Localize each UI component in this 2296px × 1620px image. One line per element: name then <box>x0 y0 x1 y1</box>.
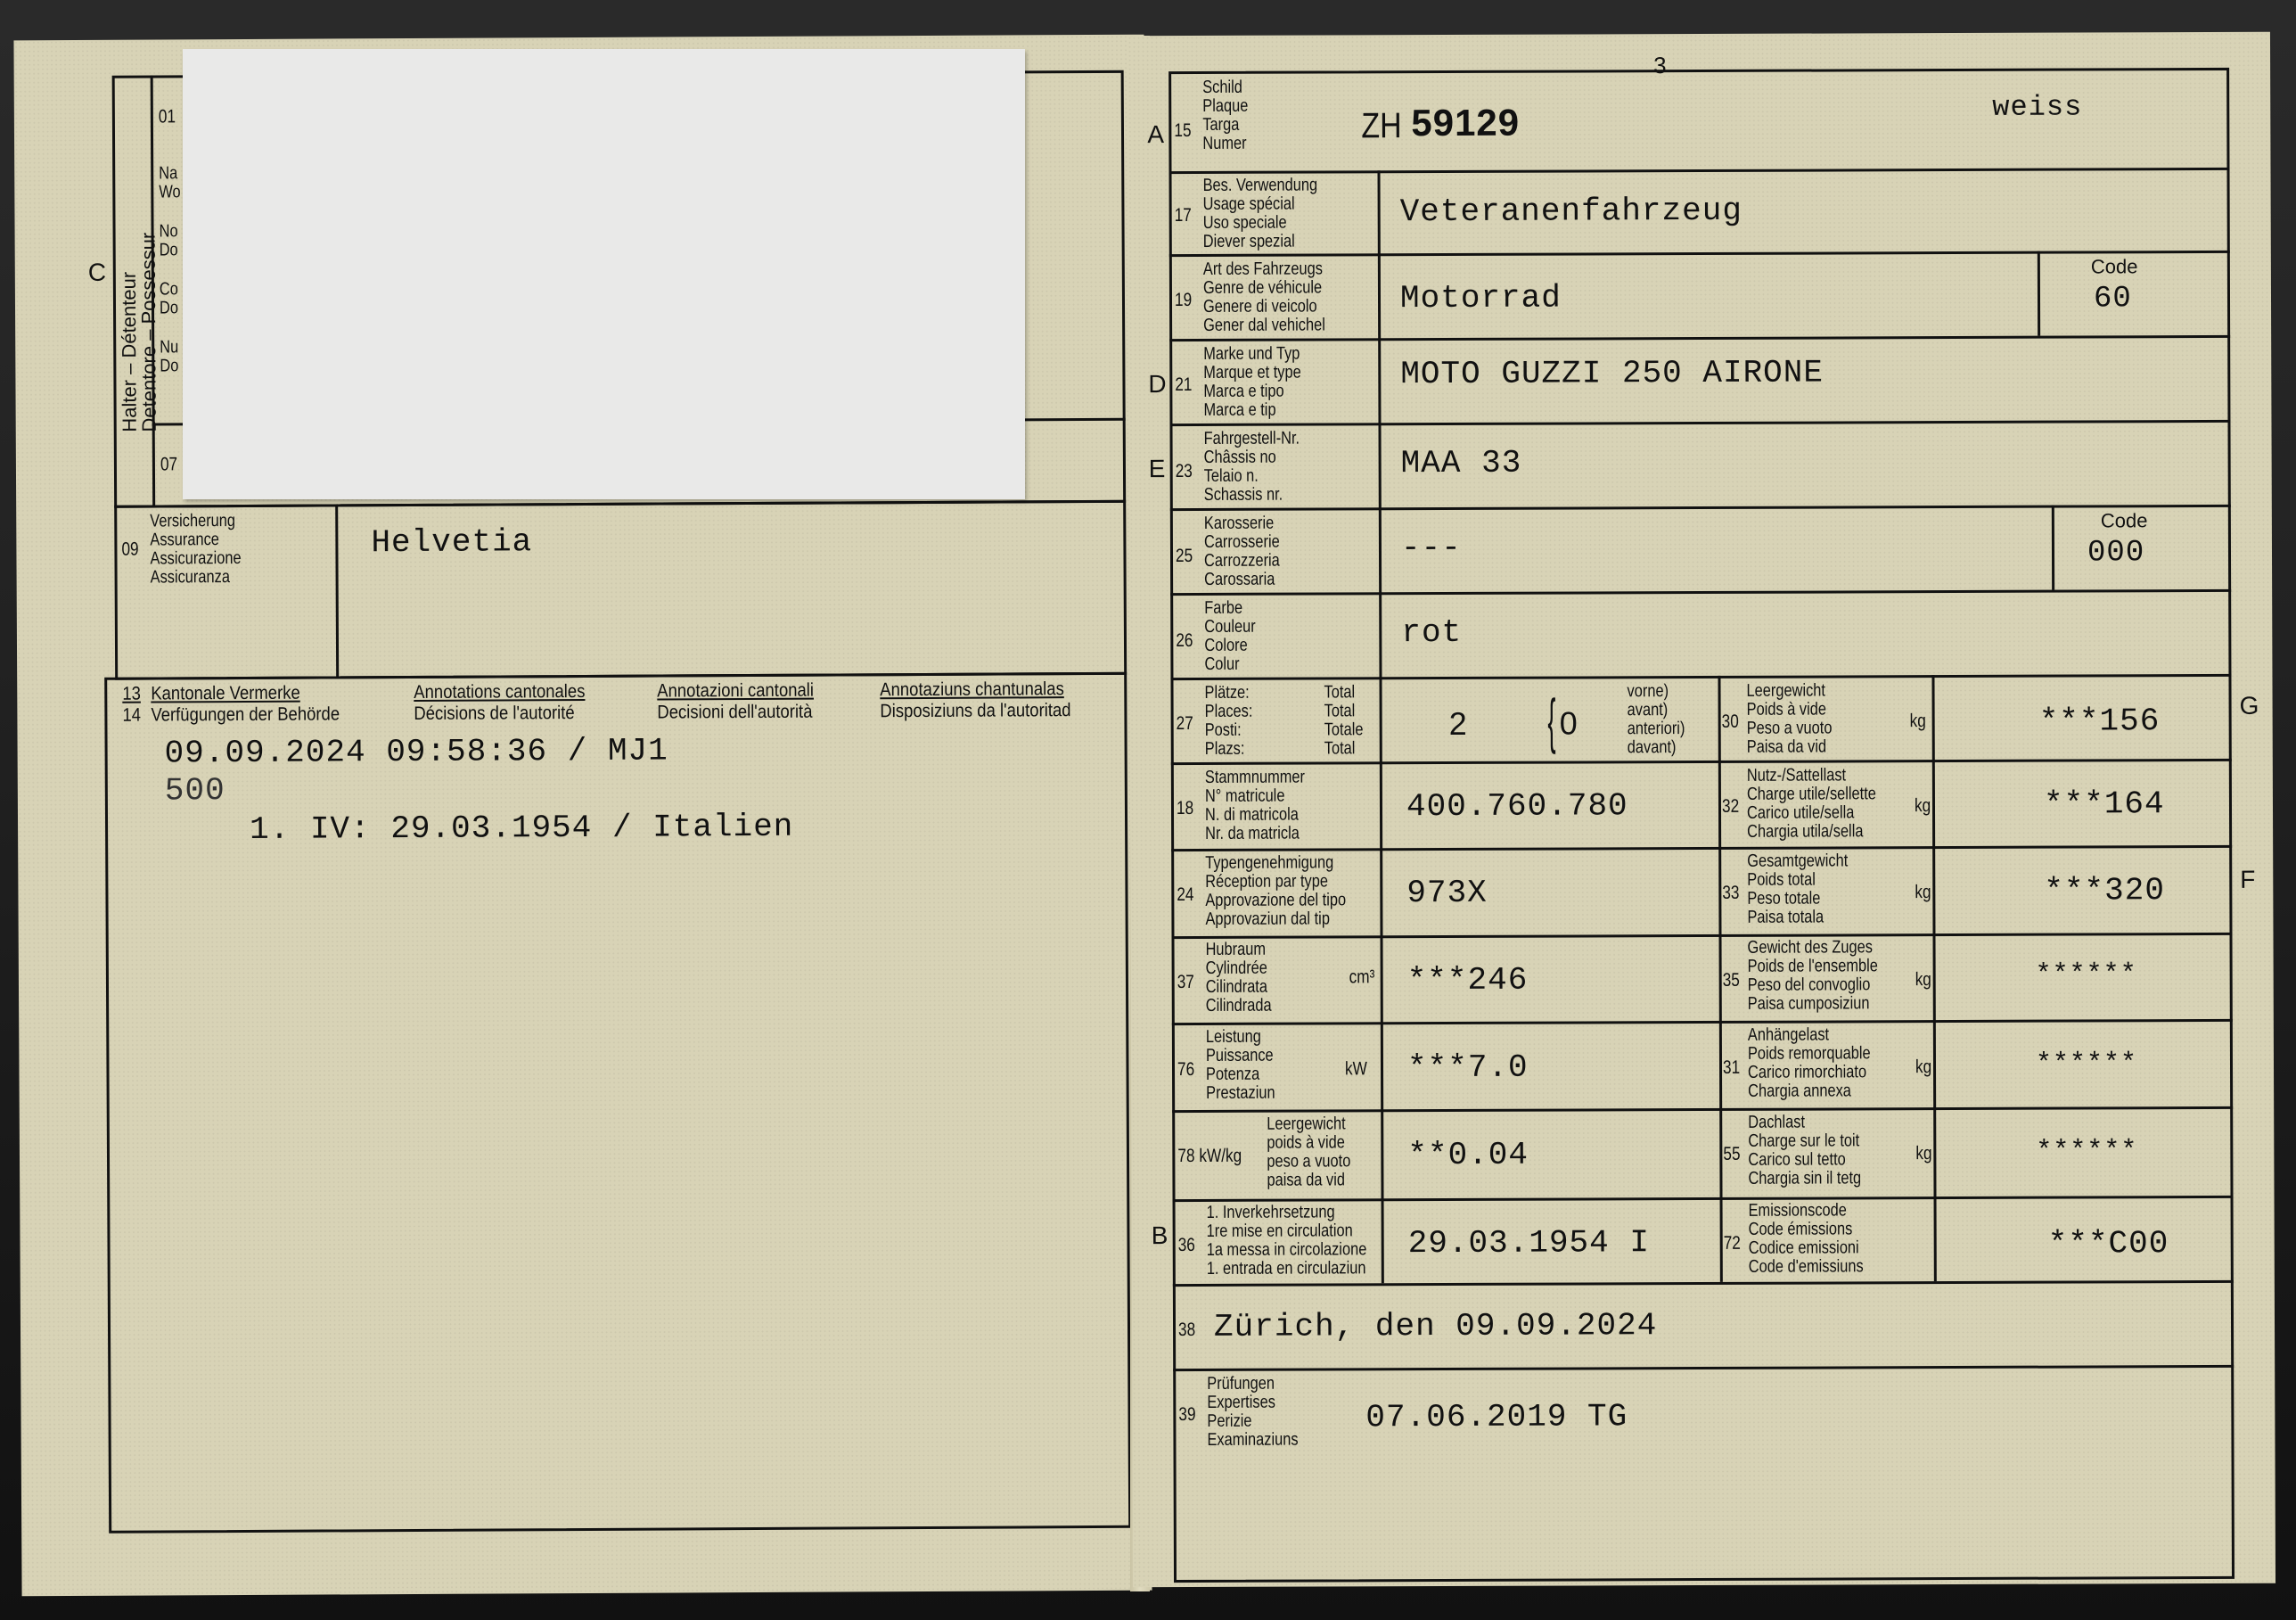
special-use-value: Veteranenfahrzeug <box>1400 193 1742 230</box>
power-weight-label-rm: paisa da vid <box>1267 1170 1345 1189</box>
seats-front-label-rm: davant) <box>1628 737 1677 757</box>
displacement-label-fr: Cylindrée <box>1206 958 1267 978</box>
holder-row-number-l2: Do <box>160 356 178 375</box>
emission-code-value: ***C00 <box>2048 1225 2169 1262</box>
inspections-label-de: Prüfungen <box>1207 1374 1275 1394</box>
seats-num: 27 <box>1177 713 1193 735</box>
type-approval-value: 973X <box>1406 875 1488 911</box>
seats-front-label-it: anteriori) <box>1628 719 1685 738</box>
holder-row-number-l1: Nu <box>160 337 178 357</box>
roof-load-unit: kg <box>1915 1143 1931 1164</box>
annotations-heading-it-top: Annotazioni cantonali <box>657 680 814 702</box>
code-divider <box>2038 251 2040 336</box>
seats-label-rm: Plazs: <box>1205 739 1245 759</box>
inspections-label-fr: Expertises <box>1207 1393 1275 1412</box>
train-weight-label-rm: Paisa cumposiziun <box>1748 993 1870 1013</box>
inspections-num: 39 <box>1178 1404 1195 1426</box>
empty-weight-label-fr: Poids à vide <box>1747 700 1826 720</box>
master-number-value: 400.760.780 <box>1406 787 1628 825</box>
master-number-label-rm: Nr. da matricla <box>1205 824 1300 843</box>
inspections-label-rm: Examinaziuns <box>1207 1430 1298 1450</box>
annotation-line-timestamp: 09.09.2024 09:58:36 / MJ1 <box>165 732 668 771</box>
empty-weight-unit: kg <box>1910 711 1926 732</box>
special-use-label-fr: Usage spécial <box>1203 194 1295 214</box>
annotation-line-code: 500 <box>165 772 225 809</box>
holder-row-name: NaWo <box>159 164 181 201</box>
seats-total-labels: TotalTotalTotaleTotal <box>1324 683 1364 758</box>
first-registration-num: 36 <box>1178 1235 1195 1256</box>
roof-load-labels: DachlastCharge sur le toitCarico sul tet… <box>1748 1113 1861 1188</box>
payload-num: 32 <box>1722 796 1739 818</box>
plate-number: 59129 <box>1411 102 1520 144</box>
displacement-num: 37 <box>1177 972 1194 993</box>
side-letter-e: E <box>1149 455 1166 483</box>
vehicle-type-code-label: Code <box>2091 255 2138 278</box>
displacement-labels: HubraumCylindréeCilindrataCilindrada <box>1206 941 1272 1016</box>
body-code-label: Code <box>2101 509 2148 532</box>
payload-labels: Nutz-/SattellastCharge utile/selletteCar… <box>1747 766 1876 842</box>
vehicle-type-label-rm: Gener dal vehichel <box>1203 315 1325 334</box>
color-num: 26 <box>1176 630 1193 652</box>
annotations-heading-fr-bottom: Décisions de l'autorité <box>414 703 574 724</box>
train-weight-label-de: Gewicht des Zuges <box>1748 937 1873 957</box>
empty-weight-value: ***156 <box>2039 703 2161 739</box>
displacement-label-de: Hubraum <box>1206 940 1267 959</box>
holder-row-postcode-l2: Do <box>160 298 178 317</box>
holder-row-postcode-l1: Co <box>160 279 178 299</box>
seats-total-label-fr: Total <box>1324 701 1356 720</box>
total-weight-label-de: Gesamtgewicht <box>1747 851 1848 870</box>
power-weight-unit: kW/kg <box>1199 1146 1242 1167</box>
plate-canton: ZH <box>1361 106 1401 146</box>
plate-label-de: Schild <box>1202 78 1242 97</box>
first-registration-labels: 1. Inverkehrsetzung1re mise en circulati… <box>1207 1203 1367 1279</box>
empty-weight-label-de: Leergewicht <box>1746 681 1825 701</box>
body-label-it: Carrozzeria <box>1204 551 1280 571</box>
holder-row-name-l1: Na <box>159 163 177 183</box>
first-registration-value: 29.03.1954 I <box>1408 1224 1650 1262</box>
vehicle-type-code: 60 <box>2094 282 2132 316</box>
color-label-it: Colore <box>1204 636 1247 655</box>
power-weight-label-fr: poids à vide <box>1267 1132 1345 1152</box>
inspections-labels: PrüfungenExpertisesPerizieExaminaziuns <box>1207 1375 1298 1450</box>
seats-total-label-it: Totale <box>1324 720 1364 739</box>
total-weight-num: 33 <box>1722 883 1739 904</box>
type-approval-num: 24 <box>1177 884 1193 906</box>
seats-front-value: 0 <box>1560 704 1578 742</box>
roof-load-label-rm: Chargia sin il tetg <box>1748 1168 1861 1188</box>
body-labels: KarosserieCarrosserieCarrozzeriaCarossar… <box>1204 514 1280 589</box>
plate-label-rm: Numer <box>1202 134 1246 153</box>
side-letter-d: D <box>1148 370 1166 399</box>
annotations-heading-rm-top: Annotaziuns chantunalas <box>880 678 1064 700</box>
power-label-it: Potenza <box>1206 1065 1259 1084</box>
total-weight-unit: kg <box>1915 882 1931 903</box>
body-label-fr: Carrosserie <box>1204 532 1280 552</box>
vehicle-type-label-it: Genere di veicolo <box>1203 297 1317 317</box>
total-weight-value: ***320 <box>2044 872 2165 909</box>
place-date-num: 38 <box>1178 1320 1195 1341</box>
plate-num: 15 <box>1174 120 1191 142</box>
body-value: --- <box>1401 530 1462 566</box>
displacement-label-it: Cilindrata <box>1206 977 1267 997</box>
towing-load-label-de: Anhängelast <box>1748 1025 1829 1045</box>
insurance-num: 09 <box>121 539 138 561</box>
place-date-value: Zürich, den 09.09.2024 <box>1214 1307 1657 1345</box>
seats-front-labels: vorne)avant)anteriori)davant) <box>1628 682 1685 757</box>
special-use-label-de: Bes. Verwendung <box>1203 175 1318 194</box>
towing-load-label-rm: Chargia annexa <box>1748 1081 1851 1100</box>
payload-label-it: Carico utile/sella <box>1747 802 1854 822</box>
insurance-labels: Versicherung Assurance Assicurazione Ass… <box>150 512 242 588</box>
roof-load-label-de: Dachlast <box>1748 1113 1805 1132</box>
holder-row-number: NuDo <box>160 338 178 375</box>
make-model-label-it: Marca e tipo <box>1203 382 1283 401</box>
towing-load-label-fr: Poids remorquable <box>1748 1043 1871 1063</box>
total-weight-label-fr: Poids total <box>1747 870 1816 890</box>
special-use-labels: Bes. VerwendungUsage spécialUso speciale… <box>1203 176 1318 251</box>
annotations-heading-rm-bottom: Disposiziuns da l'autoritad <box>880 700 1070 721</box>
train-weight-unit: kg <box>1915 969 1931 991</box>
emission-code-num: 72 <box>1724 1233 1741 1254</box>
annotations-num-13: 13 <box>122 684 141 704</box>
master-number-label-it: N. di matricola <box>1205 805 1299 825</box>
code-divider <box>2052 506 2054 590</box>
annotation-line-first-registration: 1. IV: 29.03.1954 / Italien <box>250 809 794 848</box>
inspections-value: 07.06.2019 TG <box>1365 1398 1628 1435</box>
empty-weight-num: 30 <box>1722 711 1739 733</box>
holder-vertical-label: Halter – Détenteur Detentore – Possessur <box>119 137 160 432</box>
insurance-label-fr: Assurance <box>150 530 219 549</box>
empty-weight-label-rm: Paisa da vid <box>1747 737 1826 757</box>
roof-load-num: 55 <box>1723 1144 1740 1165</box>
power-weight-label-de: Leergewicht <box>1267 1114 1346 1133</box>
side-letter-f: F <box>2240 866 2255 894</box>
holder-row-address: NoDo <box>160 222 178 259</box>
displacement-unit: cm³ <box>1349 966 1375 988</box>
chassis-labels: Fahrgestell-Nr.Châssis noTelaio n.Schass… <box>1204 430 1300 505</box>
insurance-label-de: Versicherung <box>150 511 235 531</box>
roof-load-value: ****** <box>2036 1136 2137 1166</box>
annotations-heading-de: Kantonale VermerkeVerfügungen der Behörd… <box>151 682 340 726</box>
right-page: 3 A D E G F B 15 SchildPlaqueTargaNumer … <box>1127 32 2275 1587</box>
seats-labels: Plätze:Places:Posti:Plazs: <box>1205 684 1253 759</box>
emission-code-label-fr: Code émissions <box>1749 1219 1853 1238</box>
empty-weight-labels: LeergewichtPoids à videPeso a vuotoPaisa… <box>1747 681 1833 756</box>
color-labels: FarbeCouleurColoreColur <box>1204 599 1256 674</box>
payload-unit: kg <box>1915 795 1931 817</box>
type-approval-label-rm: Approvaziun dal tip <box>1205 909 1330 928</box>
vehicle-data-box <box>1168 68 2234 1583</box>
annotations-heading-rm: Annotaziuns chantunalasDisposiziuns da l… <box>880 678 1070 722</box>
power-label-fr: Puissance <box>1206 1046 1274 1065</box>
displacement-label-rm: Cilindrada <box>1206 996 1272 1016</box>
body-num: 25 <box>1176 546 1193 567</box>
emission-code-label-it: Codice emissioni <box>1749 1238 1859 1257</box>
annotations-heading-it-bottom: Decisioni dell'autorità <box>657 702 812 723</box>
color-label-rm: Colur <box>1204 654 1239 674</box>
type-approval-label-fr: Réception par type <box>1205 871 1328 891</box>
annotations-heading-de-top: Kantonale Vermerke <box>151 683 300 704</box>
payload-label-fr: Charge utile/sellette <box>1747 784 1876 804</box>
power-label-rm: Prestaziun <box>1206 1083 1275 1103</box>
power-labels: LeistungPuissancePotenzaPrestaziun <box>1206 1028 1275 1103</box>
make-model-labels: Marke und TypMarque et typeMarca e tipoM… <box>1203 345 1301 420</box>
holder-row-01-num: 01 <box>159 106 176 127</box>
power-weight-value: **0.04 <box>1407 1137 1529 1173</box>
chassis-value: MAA 33 <box>1401 445 1522 481</box>
type-approval-label-it: Approvazione del tipo <box>1205 890 1346 910</box>
seats-total-value: 2 <box>1449 705 1467 743</box>
power-num: 76 <box>1177 1059 1194 1081</box>
master-number-label-fr: N° matricule <box>1205 786 1285 806</box>
special-use-label-it: Uso speciale <box>1203 213 1287 233</box>
towing-load-label-it: Carico rimorchiato <box>1748 1062 1866 1081</box>
insurance-label-it: Assicurazione <box>150 548 241 569</box>
seats-total-label-rm: Total <box>1324 738 1356 758</box>
annotations-heading-it: Annotazioni cantonaliDecisioni dell'auto… <box>657 680 814 724</box>
master-number-label-de: Stammnummer <box>1205 768 1305 787</box>
holder-row-07-num: 07 <box>160 454 177 475</box>
payload-label-rm: Chargia utila/sella <box>1747 821 1863 841</box>
insurance-label-rm: Assicuranza <box>151 567 230 587</box>
roof-load-label-it: Carico sul tetto <box>1748 1149 1845 1169</box>
emission-code-labels: EmissionscodeCode émissionsCodice emissi… <box>1749 1201 1864 1276</box>
first-registration-label-de: 1. Inverkehrsetzung <box>1207 1202 1335 1222</box>
train-weight-labels: Gewicht des ZugesPoids de l'ensemblePeso… <box>1748 938 1879 1014</box>
type-approval-label-de: Typengenehmigung <box>1205 852 1333 873</box>
side-letter-b: B <box>1152 1221 1168 1250</box>
color-label-fr: Couleur <box>1204 617 1256 637</box>
first-registration-label-it: 1a messa in circolazione <box>1207 1239 1367 1260</box>
color-value: rot <box>1401 614 1462 651</box>
power-unit: kW <box>1345 1058 1367 1080</box>
plate-color: weiss <box>1992 91 2082 124</box>
seats-label-fr: Places: <box>1205 702 1253 721</box>
side-letter-c: C <box>88 259 106 287</box>
power-label-de: Leistung <box>1206 1027 1261 1047</box>
holder-row-address-l2: Do <box>160 240 178 259</box>
special-use-num: 17 <box>1175 205 1192 226</box>
master-number-labels: StammnummerN° matriculeN. di matricolaNr… <box>1205 769 1305 843</box>
special-use-label-rm: Diever spezial <box>1203 232 1295 251</box>
payload-label-de: Nutz-/Sattellast <box>1747 765 1846 785</box>
body-label-rm: Carossaria <box>1204 570 1275 589</box>
insurance-value: Helvetia <box>371 523 532 561</box>
annotations-heading-fr: Annotations cantonalesDécisions de l'aut… <box>414 681 585 725</box>
make-model-label-rm: Marca e tip <box>1203 400 1275 420</box>
holder-row-name-l2: Wo <box>159 182 180 201</box>
annotations-num-14: 14 <box>122 705 141 726</box>
holder-row-postcode: CoDo <box>160 280 178 317</box>
redaction-cover-sheet <box>183 49 1025 499</box>
seats-label-it: Posti: <box>1205 720 1242 740</box>
vehicle-type-num: 19 <box>1175 290 1192 311</box>
roof-load-label-fr: Charge sur le toit <box>1748 1131 1859 1150</box>
chassis-label-de: Fahrgestell-Nr. <box>1204 429 1300 448</box>
power-weight-num: 78 <box>1177 1146 1194 1167</box>
power-weight-labels: Leergewichtpoids à videpeso a vuotopaisa… <box>1267 1114 1350 1189</box>
make-model-num: 21 <box>1175 374 1192 396</box>
vehicle-type-labels: Art des FahrzeugsGenre de véhiculeGenere… <box>1203 259 1325 334</box>
chassis-num: 23 <box>1176 461 1193 482</box>
master-number-num: 18 <box>1177 798 1193 819</box>
holder-row-address-l1: No <box>160 221 178 241</box>
train-weight-label-fr: Poids de l'ensemble <box>1748 956 1878 976</box>
annotations-heading-fr-top: Annotations cantonales <box>414 681 585 703</box>
color-label-de: Farbe <box>1204 598 1242 618</box>
type-approval-labels: TypengenehmigungRéception par typeApprov… <box>1205 853 1346 929</box>
power-value: ***7.0 <box>1407 1049 1529 1086</box>
annotations-heading-de-bottom: Verfügungen der Behörde <box>151 703 340 725</box>
plate-labels: SchildPlaqueTargaNumer <box>1202 78 1248 153</box>
make-model-value: MOTO GUZZI 250 AIRONE <box>1400 355 1824 393</box>
insurance-box <box>114 500 1127 680</box>
power-weight-label-it: peso a vuoto <box>1267 1151 1350 1171</box>
towing-load-labels: AnhängelastPoids remorquableCarico rimor… <box>1748 1025 1871 1100</box>
holder-label-line2: Detentore – Possessur <box>137 233 160 432</box>
seats-front-label-fr: avant) <box>1628 700 1669 720</box>
seats-label-de: Plätze: <box>1205 683 1250 703</box>
vehicle-type-value: Motorrad <box>1400 280 1562 317</box>
empty-weight-label-it: Peso a vuoto <box>1747 718 1833 737</box>
side-letter-a: A <box>1147 120 1164 149</box>
towing-load-value: ****** <box>2036 1048 2137 1079</box>
payload-value: ***164 <box>2044 785 2165 822</box>
train-weight-value: ****** <box>2036 959 2137 990</box>
side-letter-g: G <box>2240 692 2259 720</box>
vehicle-type-label-de: Art des Fahrzeugs <box>1203 259 1323 278</box>
towing-load-unit: kg <box>1915 1057 1931 1078</box>
emission-code-label-rm: Code d'emissiuns <box>1749 1256 1864 1276</box>
make-model-label-de: Marke und Typ <box>1203 344 1300 364</box>
seats-total-label-de: Total <box>1324 682 1355 702</box>
towing-load-num: 31 <box>1723 1057 1740 1079</box>
train-weight-num: 35 <box>1723 970 1740 991</box>
chassis-label-it: Telaio n. <box>1204 466 1259 486</box>
make-model-label-fr: Marque et type <box>1203 363 1300 382</box>
annotations-box <box>104 672 1131 1534</box>
vehicle-type-label-fr: Genre de véhicule <box>1203 277 1322 297</box>
chassis-label-fr: Châssis no <box>1204 448 1276 467</box>
annotations-num: 1314 <box>122 684 141 727</box>
train-weight-label-it: Peso del convoglio <box>1748 974 1871 994</box>
total-weight-label-it: Peso totale <box>1747 889 1820 909</box>
body-code: 000 <box>2087 536 2144 570</box>
total-weight-labels: GesamtgewichtPoids totalPeso totalePaisa… <box>1747 851 1848 926</box>
plate-label-fr: Plaque <box>1202 96 1248 116</box>
emission-code-label-de: Emissionscode <box>1749 1200 1847 1220</box>
seats-brace-icon: { <box>1547 690 1555 752</box>
first-registration-label-fr: 1re mise en circulation <box>1207 1221 1353 1241</box>
body-label-de: Karosserie <box>1204 514 1274 533</box>
first-registration-label-rm: 1. entrada en circulaziun <box>1207 1258 1366 1279</box>
plate-label-it: Targa <box>1202 115 1239 135</box>
displacement-value: ***246 <box>1407 962 1529 999</box>
chassis-label-rm: Schassis nr. <box>1204 485 1283 505</box>
total-weight-label-rm: Paisa totala <box>1747 908 1824 927</box>
seats-front-label-de: vorne) <box>1627 681 1669 701</box>
inspections-label-it: Perizie <box>1207 1411 1251 1431</box>
